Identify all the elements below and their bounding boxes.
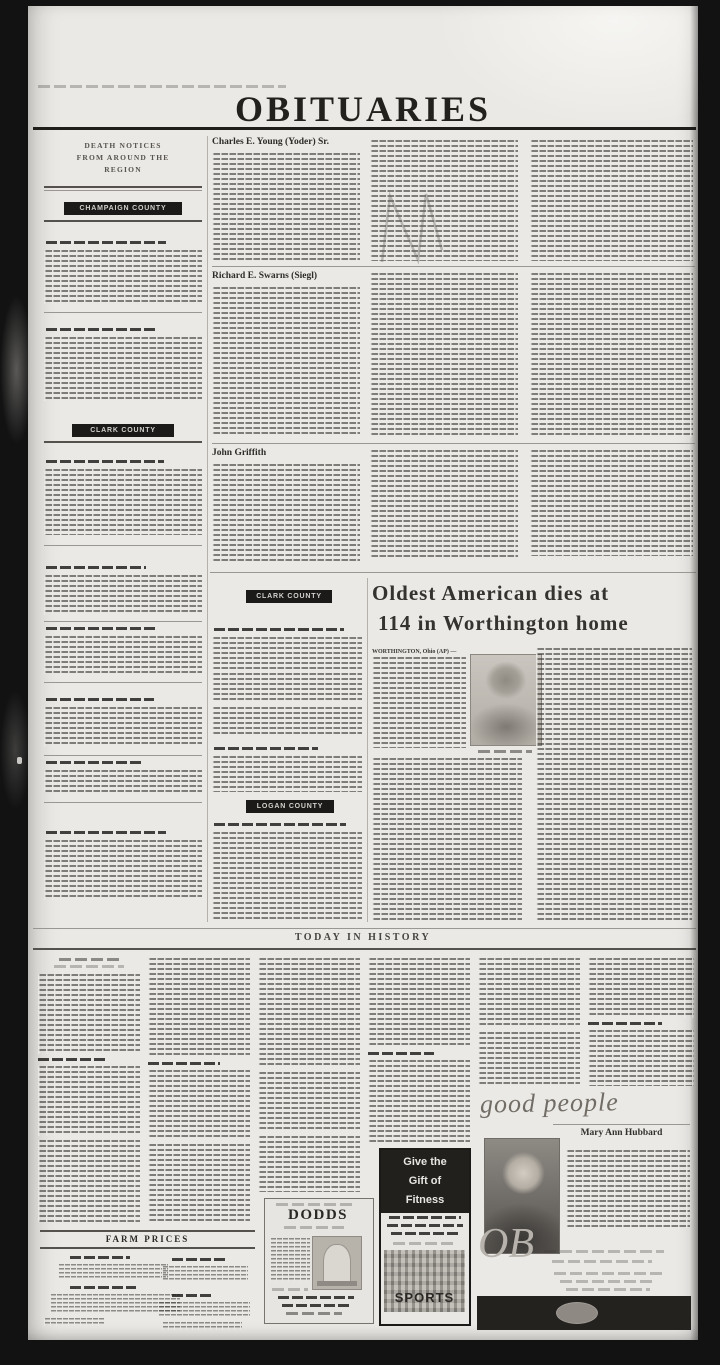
farm-prices-title: FARM PRICES <box>40 1234 255 1244</box>
advertiser-text <box>560 1280 656 1283</box>
advertiser-script <box>552 1260 652 1263</box>
section-rule <box>210 572 696 573</box>
separator <box>44 545 202 546</box>
feature-text <box>536 648 692 920</box>
history-text <box>148 958 250 1058</box>
price-table <box>162 1266 248 1280</box>
fitness-line2: Gift of <box>381 1172 469 1191</box>
notice-text <box>212 673 362 703</box>
separator <box>44 621 202 622</box>
death-notice-name <box>46 698 154 701</box>
death-notice-name <box>46 627 158 630</box>
scanner-smudge <box>0 295 30 445</box>
death-notice-name <box>46 566 146 569</box>
ad-text <box>391 1232 459 1235</box>
advertiser-seal <box>556 1302 598 1324</box>
advertiser-monogram: OB <box>478 1222 534 1266</box>
obituary-text <box>530 450 693 556</box>
good-people-title: good people <box>480 1086 670 1119</box>
subhead <box>368 1052 434 1055</box>
separator <box>44 682 202 683</box>
price-table <box>58 1264 168 1280</box>
obituary-text <box>370 450 518 560</box>
sidebar-header-line2: FROM AROUND THE <box>44 152 202 164</box>
scanned-newspaper: OBITUARIES DEATH NOTICES FROM AROUND THE… <box>0 0 720 1365</box>
table-label <box>172 1258 226 1261</box>
rule <box>40 1230 255 1232</box>
page-title: OBITUARIES <box>178 88 548 130</box>
history-text <box>588 1030 694 1086</box>
history-text <box>258 1072 360 1132</box>
history-text <box>368 1060 470 1142</box>
advertiser-script <box>544 1250 664 1253</box>
history-text <box>148 1070 250 1140</box>
sidebar-header-line1: DEATH NOTICES <box>44 140 202 152</box>
obituary-text <box>370 273 518 437</box>
history-text <box>258 958 360 1068</box>
advertiser-text <box>566 1288 650 1291</box>
table-label <box>172 1294 212 1297</box>
feature-text <box>372 657 466 748</box>
notice-text <box>212 756 362 792</box>
history-text <box>38 1140 140 1222</box>
good-people-name: Mary Ann Hubbard <box>553 1128 690 1138</box>
rule <box>33 928 696 929</box>
notice-name <box>214 747 318 750</box>
scanner-speck <box>17 757 22 764</box>
death-notice-text <box>44 337 202 401</box>
death-notice-text <box>44 840 202 900</box>
rule <box>33 948 696 950</box>
obituary-text <box>530 140 693 261</box>
table-label <box>70 1256 130 1259</box>
notice-name <box>214 823 346 826</box>
ad-text <box>387 1224 463 1227</box>
tombstone-shape <box>323 1244 351 1282</box>
death-notice-text <box>44 575 202 615</box>
county-header-clark-box: CLARK COUNTY <box>246 590 332 603</box>
ad-text <box>272 1288 308 1291</box>
death-notice-name <box>46 831 166 834</box>
notice-text <box>212 707 362 737</box>
separator <box>212 266 695 267</box>
death-notice-text <box>44 250 202 304</box>
county-header-clark: CLARK COUNTY <box>72 424 174 437</box>
death-notice-text <box>44 770 202 792</box>
feature-dateline: WORTHINGTON, Ohio (AP) — <box>372 648 466 656</box>
ad-text <box>276 1203 356 1206</box>
separator <box>44 755 202 756</box>
history-text <box>588 958 694 1018</box>
scanner-smudge <box>0 690 28 810</box>
rule <box>44 190 202 191</box>
history-text <box>478 958 580 1028</box>
photo-caption <box>478 750 532 753</box>
death-notice-text <box>44 707 202 747</box>
rule <box>44 441 202 443</box>
price-table <box>44 1318 104 1326</box>
ad-text <box>282 1304 350 1307</box>
rule <box>40 1247 255 1249</box>
ad-text <box>286 1312 342 1315</box>
good-people-text <box>566 1150 690 1228</box>
history-text <box>258 1136 360 1192</box>
fitness-ad-header: Give the Gift of Fitness <box>381 1150 469 1213</box>
fitness-line1: Give the <box>381 1153 469 1172</box>
separator <box>212 443 695 444</box>
feature-text <box>372 758 522 920</box>
ad-text <box>284 1226 348 1229</box>
rule <box>553 1124 690 1125</box>
death-notice-text <box>44 469 202 535</box>
separator <box>44 312 202 313</box>
dodds-ad-name: DODDS <box>264 1207 372 1224</box>
price-table <box>162 1322 242 1330</box>
ad-text <box>270 1238 310 1282</box>
column-rule <box>207 136 208 922</box>
ad-text <box>389 1216 461 1219</box>
column-rule <box>367 578 368 922</box>
history-text <box>478 1032 580 1086</box>
masthead-rule <box>33 127 696 130</box>
rule <box>44 220 202 222</box>
obituary-text <box>530 273 693 437</box>
death-notice-name <box>46 761 142 764</box>
tombstone-base <box>317 1281 357 1286</box>
ad-text <box>393 1242 455 1245</box>
death-notice-text <box>44 636 202 674</box>
death-notice-name <box>46 460 164 463</box>
notice-name <box>214 628 344 631</box>
separator <box>44 802 202 803</box>
county-header-champaign: CHAMPAIGN COUNTY <box>64 202 182 215</box>
monument-image <box>312 1236 362 1290</box>
history-text <box>38 974 140 1054</box>
byline <box>59 958 119 961</box>
history-banner: TODAY IN HISTORY <box>213 932 513 943</box>
rule <box>44 186 202 188</box>
feature-headline-line1: Oldest American dies at <box>372 580 690 606</box>
sidebar-header-line3: REGION <box>44 164 202 176</box>
obituary-text <box>212 464 360 562</box>
notice-text <box>212 832 362 920</box>
death-notice-name <box>46 328 156 331</box>
feature-headline-line2: 114 in Worthington home <box>378 610 696 636</box>
death-notice-name <box>46 241 166 244</box>
fitness-ad-brand: SPORTS <box>384 1290 465 1305</box>
obituary-heading: John Griffith <box>212 448 392 458</box>
subhead <box>38 1058 108 1061</box>
fitness-line3: Fitness <box>381 1191 469 1210</box>
history-text <box>148 1144 250 1222</box>
scan-artifact-mark <box>378 190 450 270</box>
obituary-text <box>212 153 360 261</box>
obituary-text <box>212 287 360 437</box>
subhead <box>588 1022 662 1025</box>
price-table <box>158 1302 250 1318</box>
ad-text <box>278 1296 354 1299</box>
history-text <box>368 958 470 1048</box>
byline <box>54 965 124 968</box>
feature-portrait-photo <box>470 654 542 746</box>
subhead <box>148 1062 220 1065</box>
page-edge-shadow <box>690 6 698 1340</box>
advertiser-text <box>554 1272 664 1275</box>
history-text <box>38 1066 140 1136</box>
notice-text <box>212 637 362 669</box>
county-header-logan: LOGAN COUNTY <box>246 800 334 813</box>
table-label <box>70 1286 136 1289</box>
